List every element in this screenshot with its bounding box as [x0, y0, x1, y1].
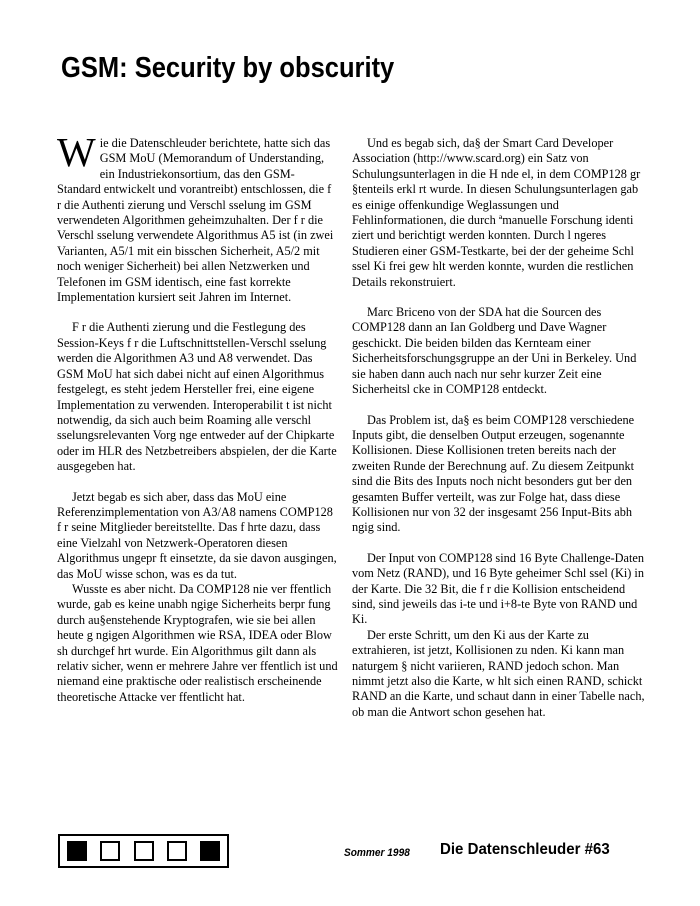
right-column: Und es begab sich, da§ der Smart Card De…	[352, 136, 645, 720]
document-page: GSM: Security by obscurity Wie die Daten…	[0, 0, 700, 906]
paragraph: Und es begab sich, da§ der Smart Card De…	[352, 136, 645, 290]
square-empty-icon	[134, 841, 154, 861]
paragraph: Marc Briceno von der SDA hat die Sourcen…	[352, 305, 645, 397]
square-filled-icon	[67, 841, 87, 861]
issue-date: Sommer 1998	[344, 847, 410, 859]
paragraph: F r die Authenti zierung und die Festleg…	[57, 320, 338, 474]
paragraph: Der erste Schritt, um den Ki aus der Kar…	[352, 628, 645, 720]
article-columns: Wie die Datenschleuder berichtete, hatte…	[57, 136, 645, 720]
square-filled-icon	[200, 841, 220, 861]
square-empty-icon	[167, 841, 187, 861]
color-registration-bar	[58, 834, 229, 868]
article-title: GSM: Security by obscurity	[61, 52, 394, 85]
drop-cap: W	[57, 136, 100, 167]
square-empty-icon	[100, 841, 120, 861]
left-column: Wie die Datenschleuder berichtete, hatte…	[57, 136, 338, 705]
paragraph: Wie die Datenschleuder berichtete, hatte…	[57, 136, 338, 305]
paragraph: Wusste es aber nicht. Da COMP128 nie ver…	[57, 582, 338, 705]
paragraph: Das Problem ist, da§ es beim COMP128 ver…	[352, 413, 645, 536]
paragraph: Jetzt begab es sich aber, dass das MoU e…	[57, 490, 338, 582]
publication-title: Die Datenschleuder #63	[440, 841, 610, 859]
paragraph: Der Input von COMP128 sind 16 Byte Chall…	[352, 551, 645, 628]
